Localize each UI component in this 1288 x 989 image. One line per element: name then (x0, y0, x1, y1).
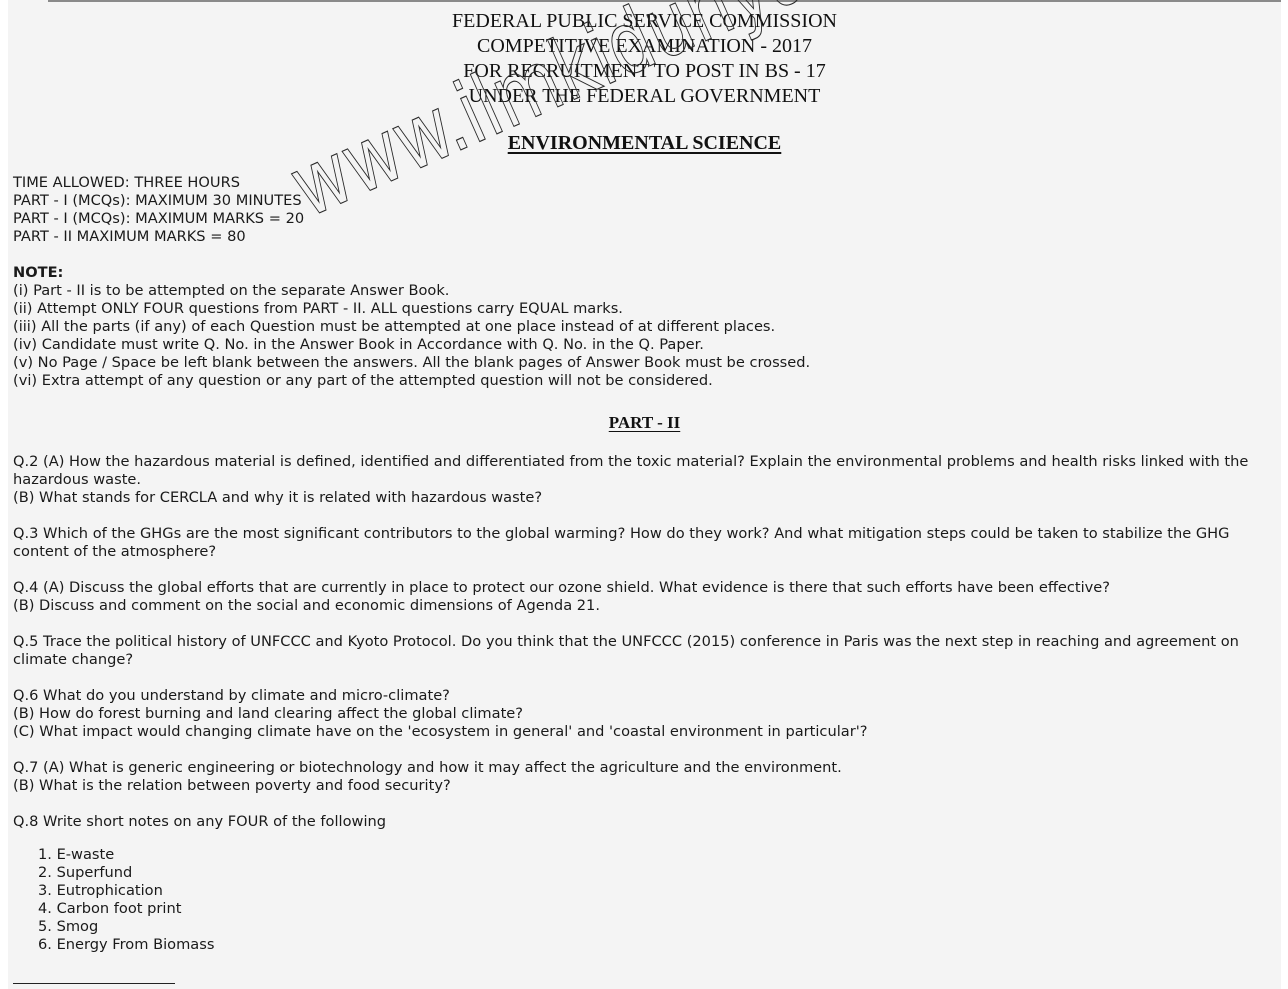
note-item: (iv) Candidate must write Q. No. in the … (13, 336, 1013, 354)
note-item: (iii) All the parts (if any) of each Que… (13, 318, 1013, 336)
question-line: Q.4 (A) Discuss the global efforts that … (13, 579, 1275, 597)
header-line-recruitment: FOR RECRUITMENT TO POST IN BS - 17 (8, 59, 1281, 84)
question-line: (B) What stands for CERCLA and why it is… (13, 489, 1275, 507)
note-item: (i) Part - II is to be attempted on the … (13, 282, 1013, 300)
question-line: Q.2 (A) How the hazardous material is de… (13, 453, 1275, 489)
note-title: NOTE: (13, 264, 1013, 282)
short-note-item: 6. Energy From Biomass (38, 936, 1275, 954)
part1-time: PART - I (MCQs): MAXIMUM 30 MINUTES (13, 192, 913, 210)
question-3: Q.3 Which of the GHGs are the most signi… (13, 525, 1275, 561)
header-line-commission: FEDERAL PUBLIC SERVICE COMMISSION (8, 9, 1281, 34)
question-4: Q.4 (A) Discuss the global efforts that … (13, 579, 1275, 615)
question-5: Q.5 Trace the political history of UNFCC… (13, 633, 1275, 669)
instructions-note: NOTE: (i) Part - II is to be attempted o… (13, 264, 1013, 390)
question-6: Q.6 What do you understand by climate an… (13, 687, 1275, 741)
question-2: Q.2 (A) How the hazardous material is de… (13, 453, 1275, 507)
note-item: (ii) Attempt ONLY FOUR questions from PA… (13, 300, 1013, 318)
question-line: Q.5 Trace the political history of UNFCC… (13, 633, 1275, 669)
part-heading: PART - II (8, 413, 1281, 433)
exam-header: FEDERAL PUBLIC SERVICE COMMISSION COMPET… (8, 9, 1281, 109)
question-line: Q.7 (A) What is generic engineering or b… (13, 759, 1275, 777)
footnote-rule (13, 983, 175, 984)
question-8: Q.8 Write short notes on any FOUR of the… (13, 813, 1275, 954)
short-note-item: 1. E-waste (38, 846, 1275, 864)
question-line: Q.6 What do you understand by climate an… (13, 687, 1275, 705)
part2-marks: PART - II MAXIMUM MARKS = 80 (13, 228, 913, 246)
header-line-government: UNDER THE FEDERAL GOVERNMENT (8, 84, 1281, 109)
top-border-rule (48, 0, 1281, 2)
short-note-item: 2. Superfund (38, 864, 1275, 882)
question-7: Q.7 (A) What is generic engineering or b… (13, 759, 1275, 795)
subject-title-text: ENVIRONMENTAL SCIENCE (508, 132, 782, 154)
part-heading-text: PART - II (609, 413, 681, 432)
part1-marks: PART - I (MCQs): MAXIMUM MARKS = 20 (13, 210, 913, 228)
header-line-examination: COMPETITIVE EXAMINATION - 2017 (8, 34, 1281, 59)
question-line: (B) What is the relation between poverty… (13, 777, 1275, 795)
question-line: Q.3 Which of the GHGs are the most signi… (13, 525, 1275, 561)
question-line: (C) What impact would changing climate h… (13, 723, 1275, 741)
time-allowed: TIME ALLOWED: THREE HOURS (13, 174, 913, 192)
question-line: Q.8 Write short notes on any FOUR of the… (13, 813, 1275, 831)
exam-paper-page: FEDERAL PUBLIC SERVICE COMMISSION COMPET… (8, 0, 1281, 989)
note-item: (vi) Extra attempt of any question or an… (13, 372, 1013, 390)
short-note-item: 3. Eutrophication (38, 882, 1275, 900)
note-item: (v) No Page / Space be left blank betwee… (13, 354, 1013, 372)
short-note-item: 5. Smog (38, 918, 1275, 936)
subject-title: ENVIRONMENTAL SCIENCE (8, 132, 1281, 155)
question-line: (B) How do forest burning and land clear… (13, 705, 1275, 723)
short-notes-list: 1. E-waste 2. Superfund 3. Eutrophicatio… (13, 846, 1275, 954)
exam-meta: TIME ALLOWED: THREE HOURS PART - I (MCQs… (13, 174, 913, 246)
short-note-item: 4. Carbon foot print (38, 900, 1275, 918)
questions-section: Q.2 (A) How the hazardous material is de… (13, 453, 1275, 954)
question-line: (B) Discuss and comment on the social an… (13, 597, 1275, 615)
